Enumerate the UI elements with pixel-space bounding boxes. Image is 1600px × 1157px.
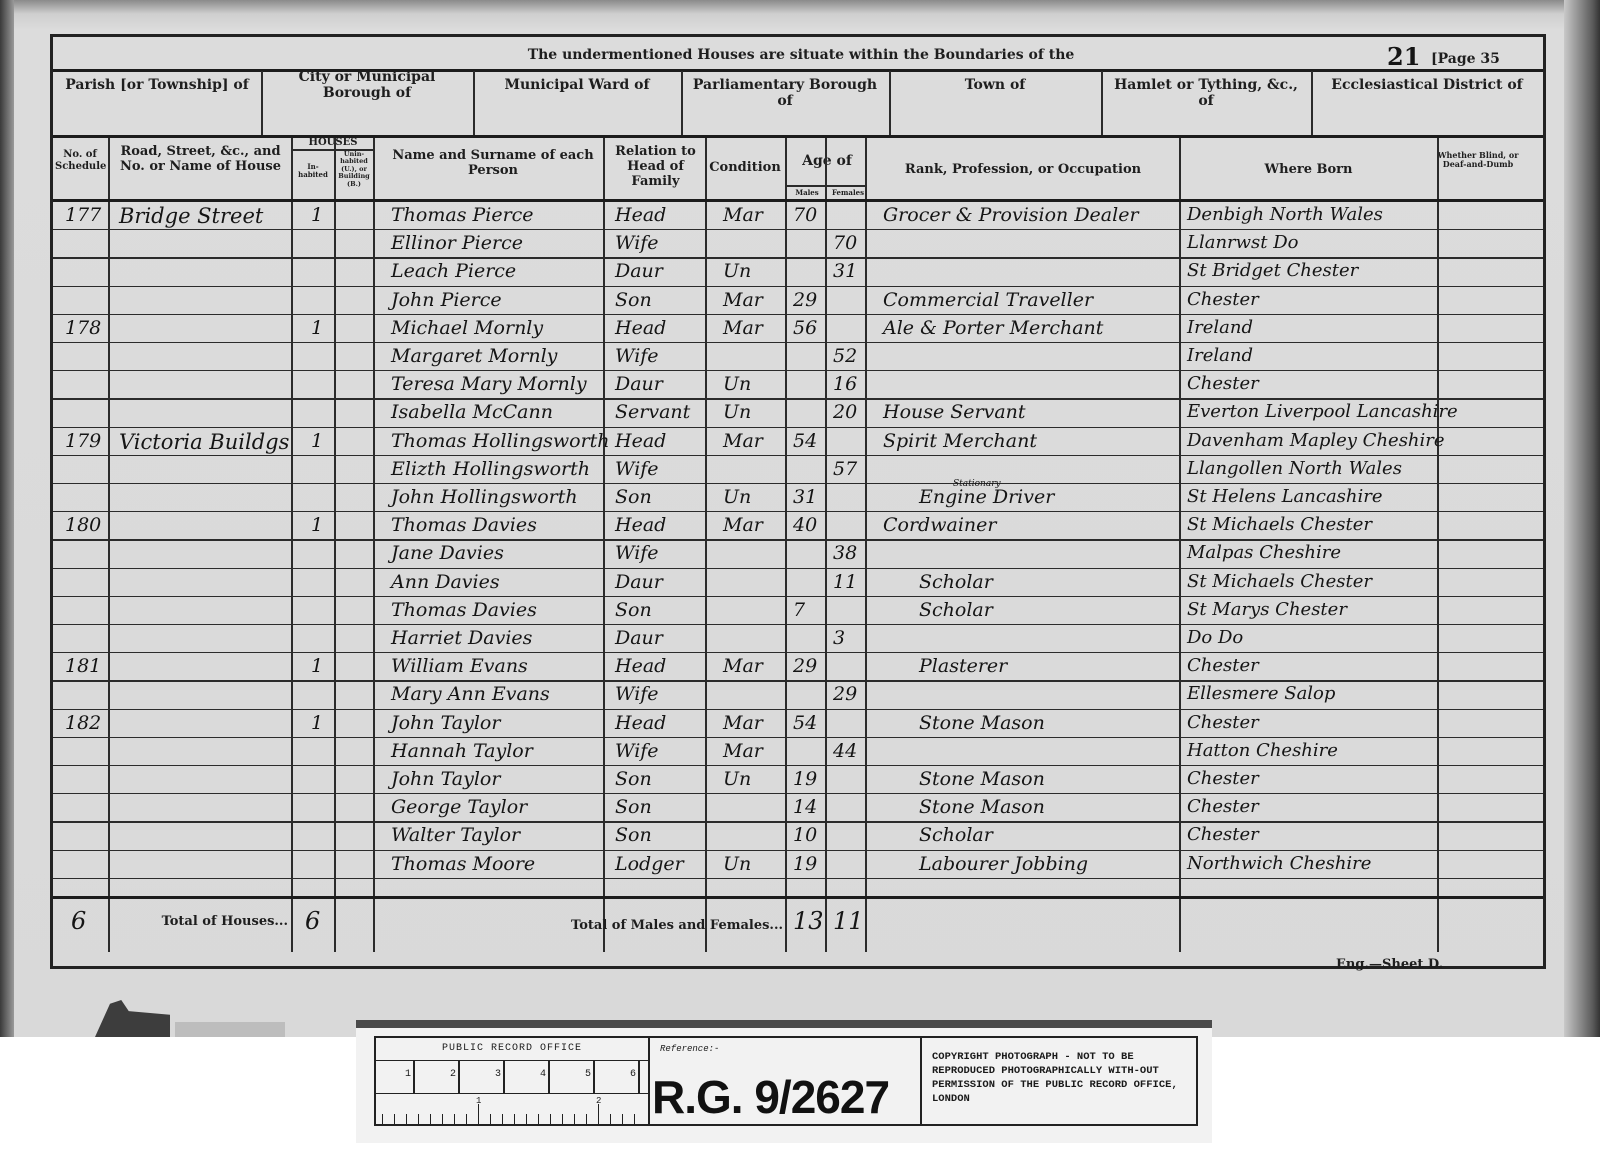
entry-female-age: 20 [833,403,857,422]
boundary-label: Parliamentary Borough of [685,77,885,109]
entry-female-age: 57 [833,460,857,479]
entry-occupation: Spirit Merchant [883,432,1037,451]
entry-relation: Wife [615,685,659,704]
scale-tick [466,1114,467,1124]
entry-relation: Head [615,319,666,338]
divider [1101,71,1103,135]
entry-relation: Son [615,770,652,789]
entry-condition: Mar [723,657,763,676]
entry-relation: Head [615,657,666,676]
entry-condition: Un [723,262,751,281]
table-row: John TaylorSonUn19Stone MasonChester [53,770,1543,798]
entry-occupation: Scholar [919,826,993,845]
scale-tick [406,1114,407,1124]
ruler-panel: PUBLIC RECORD OFFICE 123456 12 [376,1038,650,1124]
entry-inhabited: 1 [311,319,323,338]
entry-name: Thomas Moore [391,855,535,874]
entry-born: St Michaels Chester [1187,573,1372,591]
entry-occupation: Ale & Porter Merchant [883,319,1103,338]
table-row: 177Bridge Street1Thomas PierceHeadMar70G… [53,206,1543,234]
entry-relation: Head [615,516,666,535]
table-row: Elizth HollingsworthWife57Llangollen Nor… [53,460,1543,488]
scale-tick [458,1061,460,1093]
table-row: 179Victoria Buildgs1Thomas Hollingsworth… [53,432,1543,460]
entry-relation: Wife [615,544,659,563]
entry-name: Thomas Davies [391,601,537,620]
entry-male-age: 40 [793,516,817,535]
scale-number: 2 [596,1096,601,1106]
entry-name: Elizth Hollingsworth [391,460,590,479]
entry-male-age: 19 [793,855,817,874]
total-persons-label: Total of Males and Females... [383,919,783,934]
divider [53,135,1543,138]
entry-relation: Son [615,798,652,817]
entry-name: Walter Taylor [391,826,520,845]
header-street: Road, Street, &c., and No. or Name of Ho… [113,145,288,175]
top-caption: The undermentioned Houses are situate wi… [53,47,1549,63]
folio-number: 21 [1387,45,1420,69]
table-row: 1801Thomas DaviesHeadMar40CordwainerSt M… [53,516,1543,544]
scale-number: 1 [476,1096,481,1106]
entry-born: Llangollen North Wales [1187,460,1402,478]
scale-tick [593,1061,595,1093]
boundary-label: Town of [893,77,1097,93]
entry-female-age: 44 [833,742,857,761]
entry-name: Thomas Pierce [391,206,534,225]
scale-tick [478,1104,479,1124]
entry-occupation: Stone Mason [919,714,1045,733]
entry-name: John Hollingsworth [391,488,578,507]
inch-scale: 12 [376,1094,648,1124]
divider [785,185,865,187]
entry-condition: Un [723,375,751,394]
scale-tick [430,1114,431,1124]
header-males: Males [787,189,827,197]
entry-born: Llanrwst Do [1187,234,1299,252]
scale-tick [550,1114,551,1124]
divider [681,71,683,135]
entry-schedule: 179 [65,432,101,451]
entry-occupation: Scholar [919,573,993,592]
entry-occupation: Commercial Traveller [883,291,1093,310]
entry-relation: Son [615,488,652,507]
census-page-scan: The undermentioned Houses are situate wi… [0,0,1600,1037]
entry-relation: Wife [615,234,659,253]
entry-occupation: Stone Mason [919,798,1045,817]
torn-paper-fragment [175,1022,285,1037]
entry-relation: Head [615,432,666,451]
entry-relation: Son [615,826,652,845]
entry-born: Denbigh North Wales [1187,206,1383,224]
entry-born: Chester [1187,375,1259,393]
entry-name: Isabella McCann [391,403,553,422]
entry-female-age: 52 [833,347,857,366]
entry-female-age: 31 [833,262,857,281]
table-row: Isabella McCannServantUn20House ServantE… [53,403,1543,431]
table-row: Harriet DaviesDaur3Do Do [53,629,1543,657]
occupation-insertion: Stationary [953,480,1001,489]
entry-name: Leach Pierce [391,262,516,281]
reference-panel: Reference:- R.G. 9/2627 [650,1038,922,1124]
entry-male-age: 29 [793,657,817,676]
scale-tick [598,1104,599,1124]
entry-born: Chester [1187,291,1259,309]
entry-name: Mary Ann Evans [391,685,550,704]
entry-inhabited: 1 [311,516,323,535]
entry-condition: Un [723,855,751,874]
table-row: Thomas MooreLodgerUn19Labourer JobbingNo… [53,855,1543,883]
entry-name: Hannah Taylor [391,742,533,761]
entry-relation: Wife [615,347,659,366]
entry-male-age: 70 [793,206,817,225]
table-row: Leach PierceDaurUn31St Bridget Chester [53,262,1543,290]
entry-condition: Un [723,403,751,422]
entry-relation: Servant [615,403,690,422]
entry-relation: Daur [615,573,663,592]
entry-male-age: 19 [793,770,817,789]
reference-label: Reference:- [660,1044,719,1054]
entry-male-age: 54 [793,714,817,733]
header-houses: HOUSES [293,137,373,149]
totals-divider [53,896,1543,899]
entry-inhabited: 1 [311,206,323,225]
entry-male-age: 10 [793,826,817,845]
header-relation: Relation to Head of Family [608,145,703,190]
entry-occupation: Scholar [919,601,993,620]
table-row: 1811William EvansHeadMar29PlastererChest… [53,657,1543,685]
header-age: Age of [787,153,867,169]
table-row: Teresa Mary MornlyDaurUn16Chester [53,375,1543,403]
entry-born: Chester [1187,770,1259,788]
entry-born: St Helens Lancashire [1187,488,1383,506]
scale-tick [454,1114,455,1124]
entry-relation: Head [615,714,666,733]
entry-born: Hatton Cheshire [1187,742,1338,760]
entry-name: Jane Davies [391,544,504,563]
entry-condition: Mar [723,714,763,733]
entry-occupation: Engine Driver [919,488,1054,507]
entry-schedule: 181 [65,657,101,676]
entry-schedule: 182 [65,714,101,733]
entry-born: St Michaels Chester [1187,516,1372,534]
entry-born: Ellesmere Salop [1187,685,1335,703]
reference-number: R.G. 9/2627 [652,1070,889,1124]
scale-tick [382,1114,383,1124]
divider [473,71,475,135]
scale-tick [634,1114,635,1124]
scale-tick [574,1114,575,1124]
scale-tick [548,1061,550,1093]
total-houses-label: Total of Houses... [113,915,288,930]
header-schedule: No. of Schedule [55,149,105,172]
stamp-frame: PUBLIC RECORD OFFICE 123456 12 Reference… [374,1036,1198,1126]
scale-tick [610,1114,611,1124]
scale-number: 1 [399,1069,411,1080]
scale-tick [514,1114,515,1124]
entry-born: Davenham Mapley Cheshire [1187,432,1445,450]
entry-occupation: Plasterer [919,657,1007,676]
entry-name: John Pierce [391,291,502,310]
table-row: George TaylorSon14Stone MasonChester [53,798,1543,826]
entry-relation: Daur [615,262,663,281]
table-row: Jane DaviesWife38Malpas Cheshire [53,544,1543,572]
entry-relation: Wife [615,460,659,479]
entry-male-age: 29 [793,291,817,310]
scale-number: 5 [579,1069,591,1080]
entry-condition: Un [723,770,751,789]
entry-name: George Taylor [391,798,527,817]
entry-male-age: 56 [793,319,817,338]
table-row: John HollingsworthSonUn31Engine DriverSt… [53,488,1543,516]
entry-schedule: 178 [65,319,101,338]
entry-name: Ellinor Pierce [391,234,523,253]
entry-female-age: 11 [833,573,857,592]
census-form: The undermentioned Houses are situate wi… [50,34,1546,969]
header-name: Name and Surname of each Person [383,149,603,179]
entry-born: Chester [1187,657,1259,675]
table-row: Margaret MornlyWife52Ireland [53,347,1543,375]
scale-tick [586,1114,587,1124]
divider [291,149,373,151]
entry-relation: Head [615,206,666,225]
total-females: 11 [833,909,864,933]
scale-tick [413,1061,415,1093]
entry-relation: Lodger [615,855,684,874]
entry-condition: Mar [723,432,763,451]
entry-name: Michael Mornly [391,319,543,338]
entry-condition: Mar [723,516,763,535]
entry-relation: Son [615,601,652,620]
entry-born: St Marys Chester [1187,601,1347,619]
header-where-born: Where Born [1181,163,1436,178]
scale-tick [538,1114,539,1124]
entry-name: Thomas Davies [391,516,537,535]
table-row: 1781Michael MornlyHeadMar56Ale & Porter … [53,319,1543,347]
entry-street: Victoria Buildgs [119,432,289,453]
header-condition: Condition [705,161,785,176]
entry-male-age: 31 [793,488,817,507]
entry-name: Teresa Mary Mornly [391,375,587,394]
entry-female-age: 29 [833,685,857,704]
table-row: Walter TaylorSon10ScholarChester [53,826,1543,854]
entry-occupation: Cordwainer [883,516,996,535]
scale-tick [418,1114,419,1124]
entry-male-age: 54 [793,432,817,451]
entry-condition: Mar [723,291,763,310]
boundary-label: Ecclesiastical District of [1315,77,1539,93]
entry-name: John Taylor [391,714,500,733]
boundary-label: Municipal Ward of [477,77,677,93]
scale-tick [503,1061,505,1093]
scale-tick [442,1114,443,1124]
boundary-label: Parish [or Township] of [57,77,257,93]
entry-born: St Bridget Chester [1187,262,1358,280]
entry-condition: Mar [723,319,763,338]
entry-inhabited: 1 [311,432,323,451]
record-office-stamp: PUBLIC RECORD OFFICE 123456 12 Reference… [356,1020,1212,1143]
header-occupation: Rank, Profession, or Occupation [868,163,1178,178]
entry-occupation: Grocer & Provision Dealer [883,206,1139,225]
footer-note: Eng.—Sheet D. [1336,958,1443,973]
entry-schedule: 180 [65,516,101,535]
table-row: John PierceSonMar29Commercial TravellerC… [53,291,1543,319]
header-uninhabited: Unin-habited (U.), or Building (B.) [335,151,373,188]
boundary-label: City or Municipal Borough of [265,69,469,101]
entry-relation: Daur [615,629,663,648]
entry-name: Ann Davies [391,573,500,592]
entry-condition: Mar [723,206,763,225]
entry-inhabited: 1 [311,657,323,676]
entry-condition: Mar [723,742,763,761]
entry-street: Bridge Street [119,206,263,227]
divider [889,71,891,135]
scale-number: 3 [489,1069,501,1080]
table-row: Hannah TaylorWifeMar44Hatton Cheshire [53,742,1543,770]
centimetre-scale: 123456 [376,1061,648,1093]
entry-born: Chester [1187,714,1259,732]
total-schedules: 6 [71,909,86,933]
entry-schedule: 177 [65,206,101,225]
table-row: 1821John TaylorHeadMar54Stone MasonChest… [53,714,1543,742]
scale-tick [490,1114,491,1124]
entry-occupation: Stone Mason [919,770,1045,789]
entry-born: Malpas Cheshire [1187,544,1341,562]
entry-born: Ireland [1187,347,1253,365]
entry-inhabited: 1 [311,714,323,733]
entry-name: Thomas Hollingsworth [391,432,610,451]
page-number: [Page 35 [1431,51,1500,67]
boundary-label: Hamlet or Tything, &c., of [1105,77,1307,109]
table-row: Mary Ann EvansWife29Ellesmere Salop [53,685,1543,713]
scale-number: 4 [534,1069,546,1080]
header-females: Females [828,189,868,197]
entry-name: Margaret Mornly [391,347,557,366]
divider [53,199,1543,202]
entry-female-age: 70 [833,234,857,253]
entry-relation: Daur [615,375,663,394]
scale-tick [562,1114,563,1124]
torn-paper-edge [95,1000,170,1037]
header-blind-deaf: Whether Blind, or Deaf-and-Dumb [1437,151,1519,169]
scale-tick [394,1114,395,1124]
entry-name: John Taylor [391,770,500,789]
scale-tick [526,1114,527,1124]
entry-occupation: Labourer Jobbing [919,855,1088,874]
copyright-notice: COPYRIGHT PHOTOGRAPH - NOT TO BE REPRODU… [932,1050,1187,1106]
scale-number: 2 [444,1069,456,1080]
entry-born: Everton Liverpool Lancashire [1187,403,1458,421]
entry-born: Chester [1187,798,1259,816]
entry-female-age: 38 [833,544,857,563]
entry-born: Ireland [1187,319,1253,337]
divider [1311,71,1313,135]
entry-born: Northwich Cheshire [1187,855,1371,873]
scale-tick [638,1061,640,1093]
total-houses-value: 6 [305,909,320,933]
entry-male-age: 14 [793,798,817,817]
office-name: PUBLIC RECORD OFFICE [376,1043,648,1054]
entry-relation: Wife [615,742,659,761]
entry-born: Do Do [1187,629,1243,647]
scale-tick [502,1114,503,1124]
divider [261,71,263,135]
entry-female-age: 16 [833,375,857,394]
entry-occupation: House Servant [883,403,1026,422]
entry-male-age: 7 [793,601,805,620]
entry-name: Harriet Davies [391,629,532,648]
table-row: Thomas DaviesSon7ScholarSt Marys Chester [53,601,1543,629]
scale-number: 6 [624,1069,636,1080]
entry-relation: Son [615,291,652,310]
scale-tick [622,1114,623,1124]
table-row: Ellinor PierceWife70Llanrwst Do [53,234,1543,262]
entry-condition: Un [723,488,751,507]
entry-name: William Evans [391,657,528,676]
header-inhabited: In-habited [293,163,333,179]
table-row: Ann DaviesDaur11ScholarSt Michaels Chest… [53,573,1543,601]
entry-female-age: 3 [833,629,845,648]
entry-born: Chester [1187,826,1259,844]
total-males: 13 [793,909,824,933]
